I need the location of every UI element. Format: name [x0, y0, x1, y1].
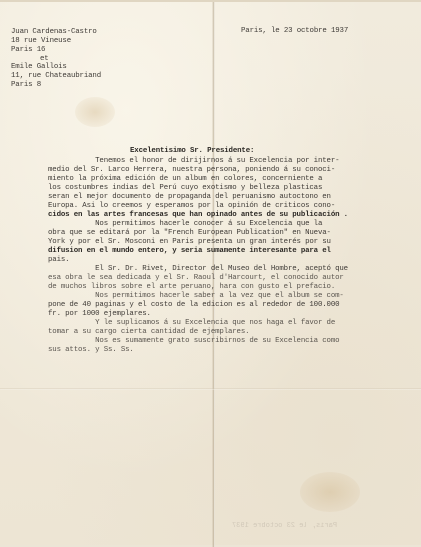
body-line: esa obra le sea dedicada y el Sr. Raoul …	[48, 274, 344, 283]
body-line: York y por el Sr. Mosconi en Paris prese…	[48, 238, 331, 247]
horizontal-fold-crease	[0, 388, 421, 390]
body-line: seran el mejor documento de propaganda d…	[48, 193, 331, 202]
body-line: los costumbres indias del Perú cuyo exot…	[48, 184, 322, 193]
body-line: sus attos. y Ss. Ss.	[48, 346, 134, 355]
body-line: Nos es sumamente grato suscribirnos de s…	[48, 337, 339, 346]
place-date: Paris, le 23 octobre 1937	[241, 27, 348, 36]
body-line: miento la próxima edición de un album en…	[48, 175, 322, 184]
body-line: medio del Sr. Larco Herrera, nuestra per…	[48, 166, 335, 175]
cosender-street: 11, rue Chateaubriand	[11, 72, 101, 81]
cosender-name: Emile Gallois	[11, 63, 67, 72]
cosender-city: Paris 8	[11, 81, 41, 90]
body-line: Nos permitimos hacerle conocer á su Exce…	[48, 220, 322, 229]
body-line: obra que se editará por la "French Europ…	[48, 229, 331, 238]
body-line: Tenemos el honor de dirijirnos á su Exce…	[48, 157, 339, 166]
body-line: Europa. Asi lo creemos y esperamos por l…	[48, 202, 335, 211]
sender-city: Paris 16	[11, 46, 45, 55]
body-line: fr. por 1000 ejemplares.	[48, 310, 151, 319]
body-line: Y le suplicamos á su Excelencia que nos …	[48, 319, 335, 328]
sender-street: 18 rue Vineuse	[11, 37, 71, 46]
salutation: Excelentisimo Sr. Presidente:	[130, 147, 254, 156]
body-line: pais.	[48, 256, 69, 265]
bleed-through-text: Paris, le 23 octobre 1937	[232, 522, 337, 530]
sender-name: Juan Cardenas-Castro	[11, 28, 97, 37]
paper-stain	[300, 472, 360, 512]
body-line: difusion en el mundo entero, y seria sum…	[48, 247, 331, 256]
body-line: de muchos libros sobre el arte peruano, …	[48, 283, 335, 292]
paper-stain	[75, 97, 115, 127]
body-line: El Sr. Dr. Rivet, Director del Museo del…	[48, 265, 348, 274]
body-line: pone de 40 paginas y el costo de la edic…	[48, 301, 339, 310]
body-line: cidos en las artes francesas que han opi…	[48, 211, 348, 220]
body-line: tomar a su cargo cierta cantidad de ejem…	[48, 328, 249, 337]
body-line: Nos permitimos hacerle saber a la vez qu…	[48, 292, 344, 301]
letter-page: Juan Cardenas-Castro 18 rue Vineuse Pari…	[0, 0, 421, 545]
